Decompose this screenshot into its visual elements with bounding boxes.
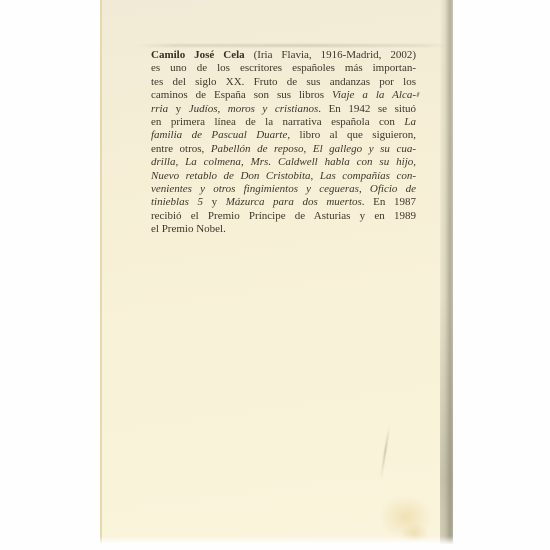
bio-line: el Premio Nobel. [151, 223, 416, 236]
book-title: rria [151, 103, 168, 115]
bio-text: y [168, 103, 189, 115]
bio-line: en primera línea de la narrativa español… [151, 116, 416, 129]
book-page: Camilo José Cela (Iria Flavia, 1916-Madr… [100, 0, 453, 544]
bio-line: familia de Pascual Duarte, libro al que … [151, 129, 416, 142]
bio-line: recibió el Premio Príncipe de Asturias y… [151, 210, 416, 223]
scratch-mark [380, 426, 390, 480]
bio-line: tinieblas 5 y Mázurca para dos muertos. … [151, 196, 416, 209]
bio-text: , [304, 143, 313, 155]
book-title: Mrs. Caldwell habla con su hijo [251, 156, 414, 168]
bio-text: recibió el Premio Príncipe de Asturias y… [151, 210, 416, 222]
book-title: venientes y otros fingimientos y ceguera… [151, 183, 359, 195]
book-title: Las compañías con- [320, 170, 416, 182]
bio-text: en primera línea de la narrativa español… [151, 116, 404, 128]
book-title: drilla [151, 156, 175, 168]
bio-line: Camilo José Cela (Iria Flavia, 1916-Madr… [151, 49, 416, 62]
bio-text: , libro al que siguieron, [287, 129, 416, 141]
bio-line: drilla, La colmena, Mrs. Caldwell habla … [151, 156, 416, 169]
bio-line: rria y Judíos, moros y cristianos. En 19… [151, 103, 416, 116]
bio-text: entre otros, [151, 143, 211, 155]
bio-text: tes del siglo XX. Fruto de sus andanzas … [151, 76, 416, 88]
bio-text: , [175, 156, 185, 168]
page-bottom-fade [100, 536, 453, 544]
crease-line [136, 44, 448, 47]
bio-text: el Premio Nobel. [151, 223, 226, 235]
scanner-background: Camilo José Cela (Iria Flavia, 1916-Madr… [0, 0, 550, 550]
bio-line: entre otros, Pabellón de reposo, El gall… [151, 143, 416, 156]
book-title: Nuevo retablo de Don Cristobita [151, 170, 311, 182]
book-title: tinieblas 5 [151, 196, 203, 208]
book-title: Pabellón de reposo [211, 143, 304, 155]
book-title: El gallego y su cua- [313, 143, 416, 155]
bio-text: , [241, 156, 251, 168]
bio-text: . En 1987 [362, 196, 416, 208]
author-bio-paragraph: Camilo José Cela (Iria Flavia, 1916-Madr… [151, 49, 416, 237]
author-name: Camilo José Cela [151, 49, 245, 61]
page-right-edge-shadow [440, 0, 453, 544]
book-title: Mázurca para dos muertos [226, 196, 362, 208]
bio-text: y [203, 196, 226, 208]
bio-text: , [311, 170, 320, 182]
bio-line: tes del siglo XX. Fruto de sus andanzas … [151, 76, 416, 89]
bio-line: Nuevo retablo de Don Cristobita, Las com… [151, 170, 416, 183]
book-title: La [404, 116, 416, 128]
bio-line: caminos de España son sus libros Viaje a… [151, 89, 416, 102]
bio-line: venientes y otros fingimientos y ceguera… [151, 183, 416, 196]
book-title: Viaje a la Alca- [332, 89, 416, 101]
bio-text: , [413, 156, 416, 168]
book-title: La colmena [185, 156, 241, 168]
bio-text: . En 1942 se situó [318, 103, 416, 115]
book-title: familia de Pascual Duarte [151, 129, 287, 141]
bio-line: es uno de los escritores españoles más i… [151, 62, 416, 75]
book-title: Judíos, moros y cristianos [189, 103, 319, 115]
bio-text: caminos de España son sus libros [151, 89, 332, 101]
scan-artifact-dot [416, 92, 419, 97]
bio-text: es uno de los escritores españoles más i… [151, 62, 416, 74]
bio-text: , [359, 183, 370, 195]
book-title: Oficio de [370, 183, 416, 195]
bio-text: (Iria Flavia, 1916-Madrid, 2002) [245, 49, 416, 61]
